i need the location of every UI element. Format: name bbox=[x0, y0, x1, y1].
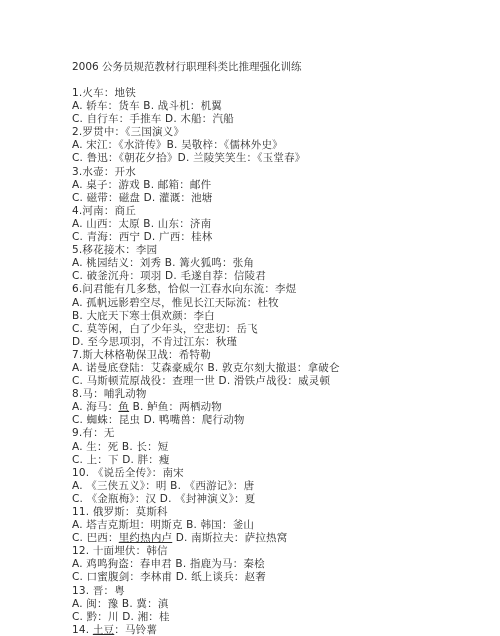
text-segment: 6.问君能有几多愁，恰似一江春水向东流：李煜 bbox=[72, 283, 296, 295]
text-segment: C. 自行车：手推车 D. 木船：汽船 bbox=[72, 113, 234, 125]
text-segment: D. 南斯拉夫：萨拉热窝 bbox=[172, 532, 287, 544]
text-segment: C. 青海：西宁 D. 广西：桂林 bbox=[72, 231, 213, 243]
text-segment: A. 《三侠五义》：明 B. 《西游记》：唐 bbox=[72, 480, 254, 492]
text-line: C. 蜘蛛：昆虫 D. 鸭嘴兽：爬行动物 bbox=[72, 414, 470, 427]
text-segment: 12. 十面埋伏：韩信 bbox=[72, 545, 168, 557]
text-line: 10. 《说岳全传》：南宋 bbox=[72, 467, 470, 480]
text-segment: 14. bbox=[72, 624, 93, 636]
text-line: C. 破釜沉舟：项羽 D. 毛遂自荐：信陵君 bbox=[72, 270, 470, 283]
text-segment: C. 上：下 D. 胖：瘦 bbox=[72, 454, 170, 466]
text-segment: 13. 晋：粤 bbox=[72, 585, 125, 597]
text-line: 14. 土豆：马铃薯 bbox=[72, 624, 470, 636]
text-segment: 1.火车：地铁 bbox=[72, 87, 136, 99]
underlined-answer: 鱼 bbox=[118, 401, 129, 413]
text-line: 2.罗贯中：《三国演义》 bbox=[72, 126, 470, 139]
text-line: C. 马斯顿荒原战役：查理一世 D. 滑铁卢战役：威灵顿 bbox=[72, 375, 470, 388]
text-line: A. 海马：鱼 B. 鲈鱼：两栖动物 bbox=[72, 401, 470, 414]
text-segment: A. 桌子：游戏 B. 邮箱：邮件 bbox=[72, 179, 211, 191]
text-line: A. 塔吉克斯坦：明斯克 B. 韩国：釜山 bbox=[72, 519, 470, 532]
text-line: A. 闽：豫 B. 冀：滇 bbox=[72, 598, 470, 611]
text-segment: A. 轿车：货车 B. 战斗机：机翼 bbox=[72, 100, 222, 112]
text-line: 4.河南：商丘 bbox=[72, 205, 470, 218]
text-line: C. 鲁迅：《朝花夕拾》D. 兰陵笑笑生：《玉堂春》 bbox=[72, 152, 470, 165]
text-segment: 5.移花接木：李园 bbox=[72, 244, 157, 256]
text-line: A. 孤帆远影碧空尽，惟见长江天际流：杜牧 bbox=[72, 297, 470, 310]
text-segment: C. 蜘蛛：昆虫 D. 鸭嘴兽：爬行动物 bbox=[72, 414, 245, 426]
text-line: C. 黔：川 D. 湘：桂 bbox=[72, 611, 470, 624]
text-segment: 9.有：无 bbox=[72, 427, 115, 439]
text-segment: C. 巴西： bbox=[72, 532, 119, 544]
text-segment: ：马铃薯 bbox=[114, 624, 157, 636]
text-segment: A. 桃园结义：刘秀 B. 篝火狐鸣：张角 bbox=[72, 257, 254, 269]
text-segment: A. 孤帆远影碧空尽，惟见长江天际流：杜牧 bbox=[72, 297, 279, 309]
text-line: 8.马：哺乳动物 bbox=[72, 388, 470, 401]
text-line: C. 上：下 D. 胖：瘦 bbox=[72, 454, 470, 467]
document-body: 1.火车：地铁A. 轿车：货车 B. 战斗机：机翼C. 自行车：手推车 D. 木… bbox=[72, 87, 470, 636]
text-segment: D. 至今思项羽，不肯过江东：秋瑾 bbox=[72, 336, 237, 348]
text-line: A. 轿车：货车 B. 战斗机：机翼 bbox=[72, 100, 470, 113]
text-line: A. 生：死 B. 长：短 bbox=[72, 441, 470, 454]
underlined-answer: 里约热内卢 bbox=[119, 532, 173, 544]
text-segment: 3.水壶：开水 bbox=[72, 166, 136, 178]
text-segment: A. 生：死 B. 长：短 bbox=[72, 441, 169, 453]
text-line: 9.有：无 bbox=[72, 427, 470, 440]
text-segment: C. 破釜沉舟：项羽 D. 毛遂自荐：信陵君 bbox=[72, 270, 266, 282]
text-line: C. 巴西：里约热内卢 D. 南斯拉夫：萨拉热窝 bbox=[72, 532, 470, 545]
text-line: C. 青海：西宁 D. 广西：桂林 bbox=[72, 231, 470, 244]
text-segment: C. 马斯顿荒原战役：查理一世 D. 滑铁卢战役：威灵顿 bbox=[72, 375, 330, 387]
text-segment: A. 鸡鸣狗盗：春申君 B. 指鹿为马：秦桧 bbox=[72, 558, 265, 570]
text-segment: C. 黔：川 D. 湘：桂 bbox=[72, 611, 170, 623]
text-line: B. 大庇天下寒士俱欢颜：李白 bbox=[72, 310, 470, 323]
text-line: 6.问君能有几多愁，恰似一江春水向东流：李煜 bbox=[72, 283, 470, 296]
text-segment: 7.斯大林格勒保卫战：希特勒 bbox=[72, 349, 211, 361]
text-segment: 2.罗贯中：《三国演义》 bbox=[72, 126, 184, 138]
text-segment: C. 磁带：磁盘 D. 灌溉：池塘 bbox=[72, 192, 213, 204]
text-segment: 10. 《说岳全传》：南宋 bbox=[72, 467, 184, 479]
text-line: 11. 俄罗斯：莫斯科 bbox=[72, 506, 470, 519]
text-segment: 11. 俄罗斯：莫斯科 bbox=[72, 506, 168, 518]
text-segment: A. 海马： bbox=[72, 401, 118, 413]
text-segment: C. 口蜜腹剑：李林甫 D. 纸上谈兵：赵奢 bbox=[72, 571, 266, 583]
text-segment: A. 闽：豫 B. 冀：滇 bbox=[72, 598, 169, 610]
text-line: 3.水壶：开水 bbox=[72, 166, 470, 179]
text-line: 12. 十面埋伏：韩信 bbox=[72, 545, 470, 558]
text-line: 7.斯大林格勒保卫战：希特勒 bbox=[72, 349, 470, 362]
text-segment: A. 塔吉克斯坦：明斯克 B. 韩国：釜山 bbox=[72, 519, 254, 531]
text-line: C. 自行车：手推车 D. 木船：汽船 bbox=[72, 113, 470, 126]
text-line: 5.移花接木：李园 bbox=[72, 244, 470, 257]
text-line: C. 口蜜腹剑：李林甫 D. 纸上谈兵：赵奢 bbox=[72, 571, 470, 584]
text-segment: A. 宋江：《水浒传》B. 吴敬梓：《儒林外史》 bbox=[72, 139, 283, 151]
underlined-answer: 土豆 bbox=[93, 624, 114, 636]
text-line: A. 鸡鸣狗盗：春申君 B. 指鹿为马：秦桧 bbox=[72, 558, 470, 571]
text-line: C. 《金瓶梅》：汉 D. 《封神演义》：夏 bbox=[72, 493, 470, 506]
text-segment: 4.河南：商丘 bbox=[72, 205, 136, 217]
text-segment: C. 莫等闲，白了少年头，空悲切：岳飞 bbox=[72, 323, 258, 335]
text-segment: B. 鲈鱼：两栖动物 bbox=[129, 401, 222, 413]
text-line: A. 桌子：游戏 B. 邮箱：邮件 bbox=[72, 179, 470, 192]
document-title: 2006 公务员规范教材行职理科类比推理强化训练 bbox=[72, 61, 470, 74]
text-segment: C. 鲁迅：《朝花夕拾》D. 兰陵笑笑生：《玉堂春》 bbox=[72, 152, 305, 164]
text-line: A. 《三侠五义》：明 B. 《西游记》：唐 bbox=[72, 480, 470, 493]
document-page: 2006 公务员规范教材行职理科类比推理强化训练 1.火车：地铁A. 轿车：货车… bbox=[0, 0, 500, 636]
text-segment: C. 《金瓶梅》：汉 D. 《封神演义》：夏 bbox=[72, 493, 256, 505]
text-line: 1.火车：地铁 bbox=[72, 87, 470, 100]
text-line: A. 宋江：《水浒传》B. 吴敬梓：《儒林外史》 bbox=[72, 139, 470, 152]
text-segment: 8.马：哺乳动物 bbox=[72, 388, 147, 400]
text-line: C. 莫等闲，白了少年头，空悲切：岳飞 bbox=[72, 323, 470, 336]
text-segment: B. 大庇天下寒士俱欢颜：李白 bbox=[72, 310, 215, 322]
text-line: A. 桃园结义：刘秀 B. 篝火狐鸣：张角 bbox=[72, 257, 470, 270]
text-line: A. 诺曼底登陆：艾森豪威尔 B. 敦克尔刻大撤退：拿破仑 bbox=[72, 362, 470, 375]
text-line: A. 山西：太原 B. 山东：济南 bbox=[72, 218, 470, 231]
text-line: D. 至今思项羽，不肯过江东：秋瑾 bbox=[72, 336, 470, 349]
text-line: C. 磁带：磁盘 D. 灌溉：池塘 bbox=[72, 192, 470, 205]
text-segment: A. 诺曼底登陆：艾森豪威尔 B. 敦克尔刻大撤退：拿破仑 bbox=[72, 362, 340, 374]
text-segment: A. 山西：太原 B. 山东：济南 bbox=[72, 218, 211, 230]
text-line: 13. 晋：粤 bbox=[72, 585, 470, 598]
